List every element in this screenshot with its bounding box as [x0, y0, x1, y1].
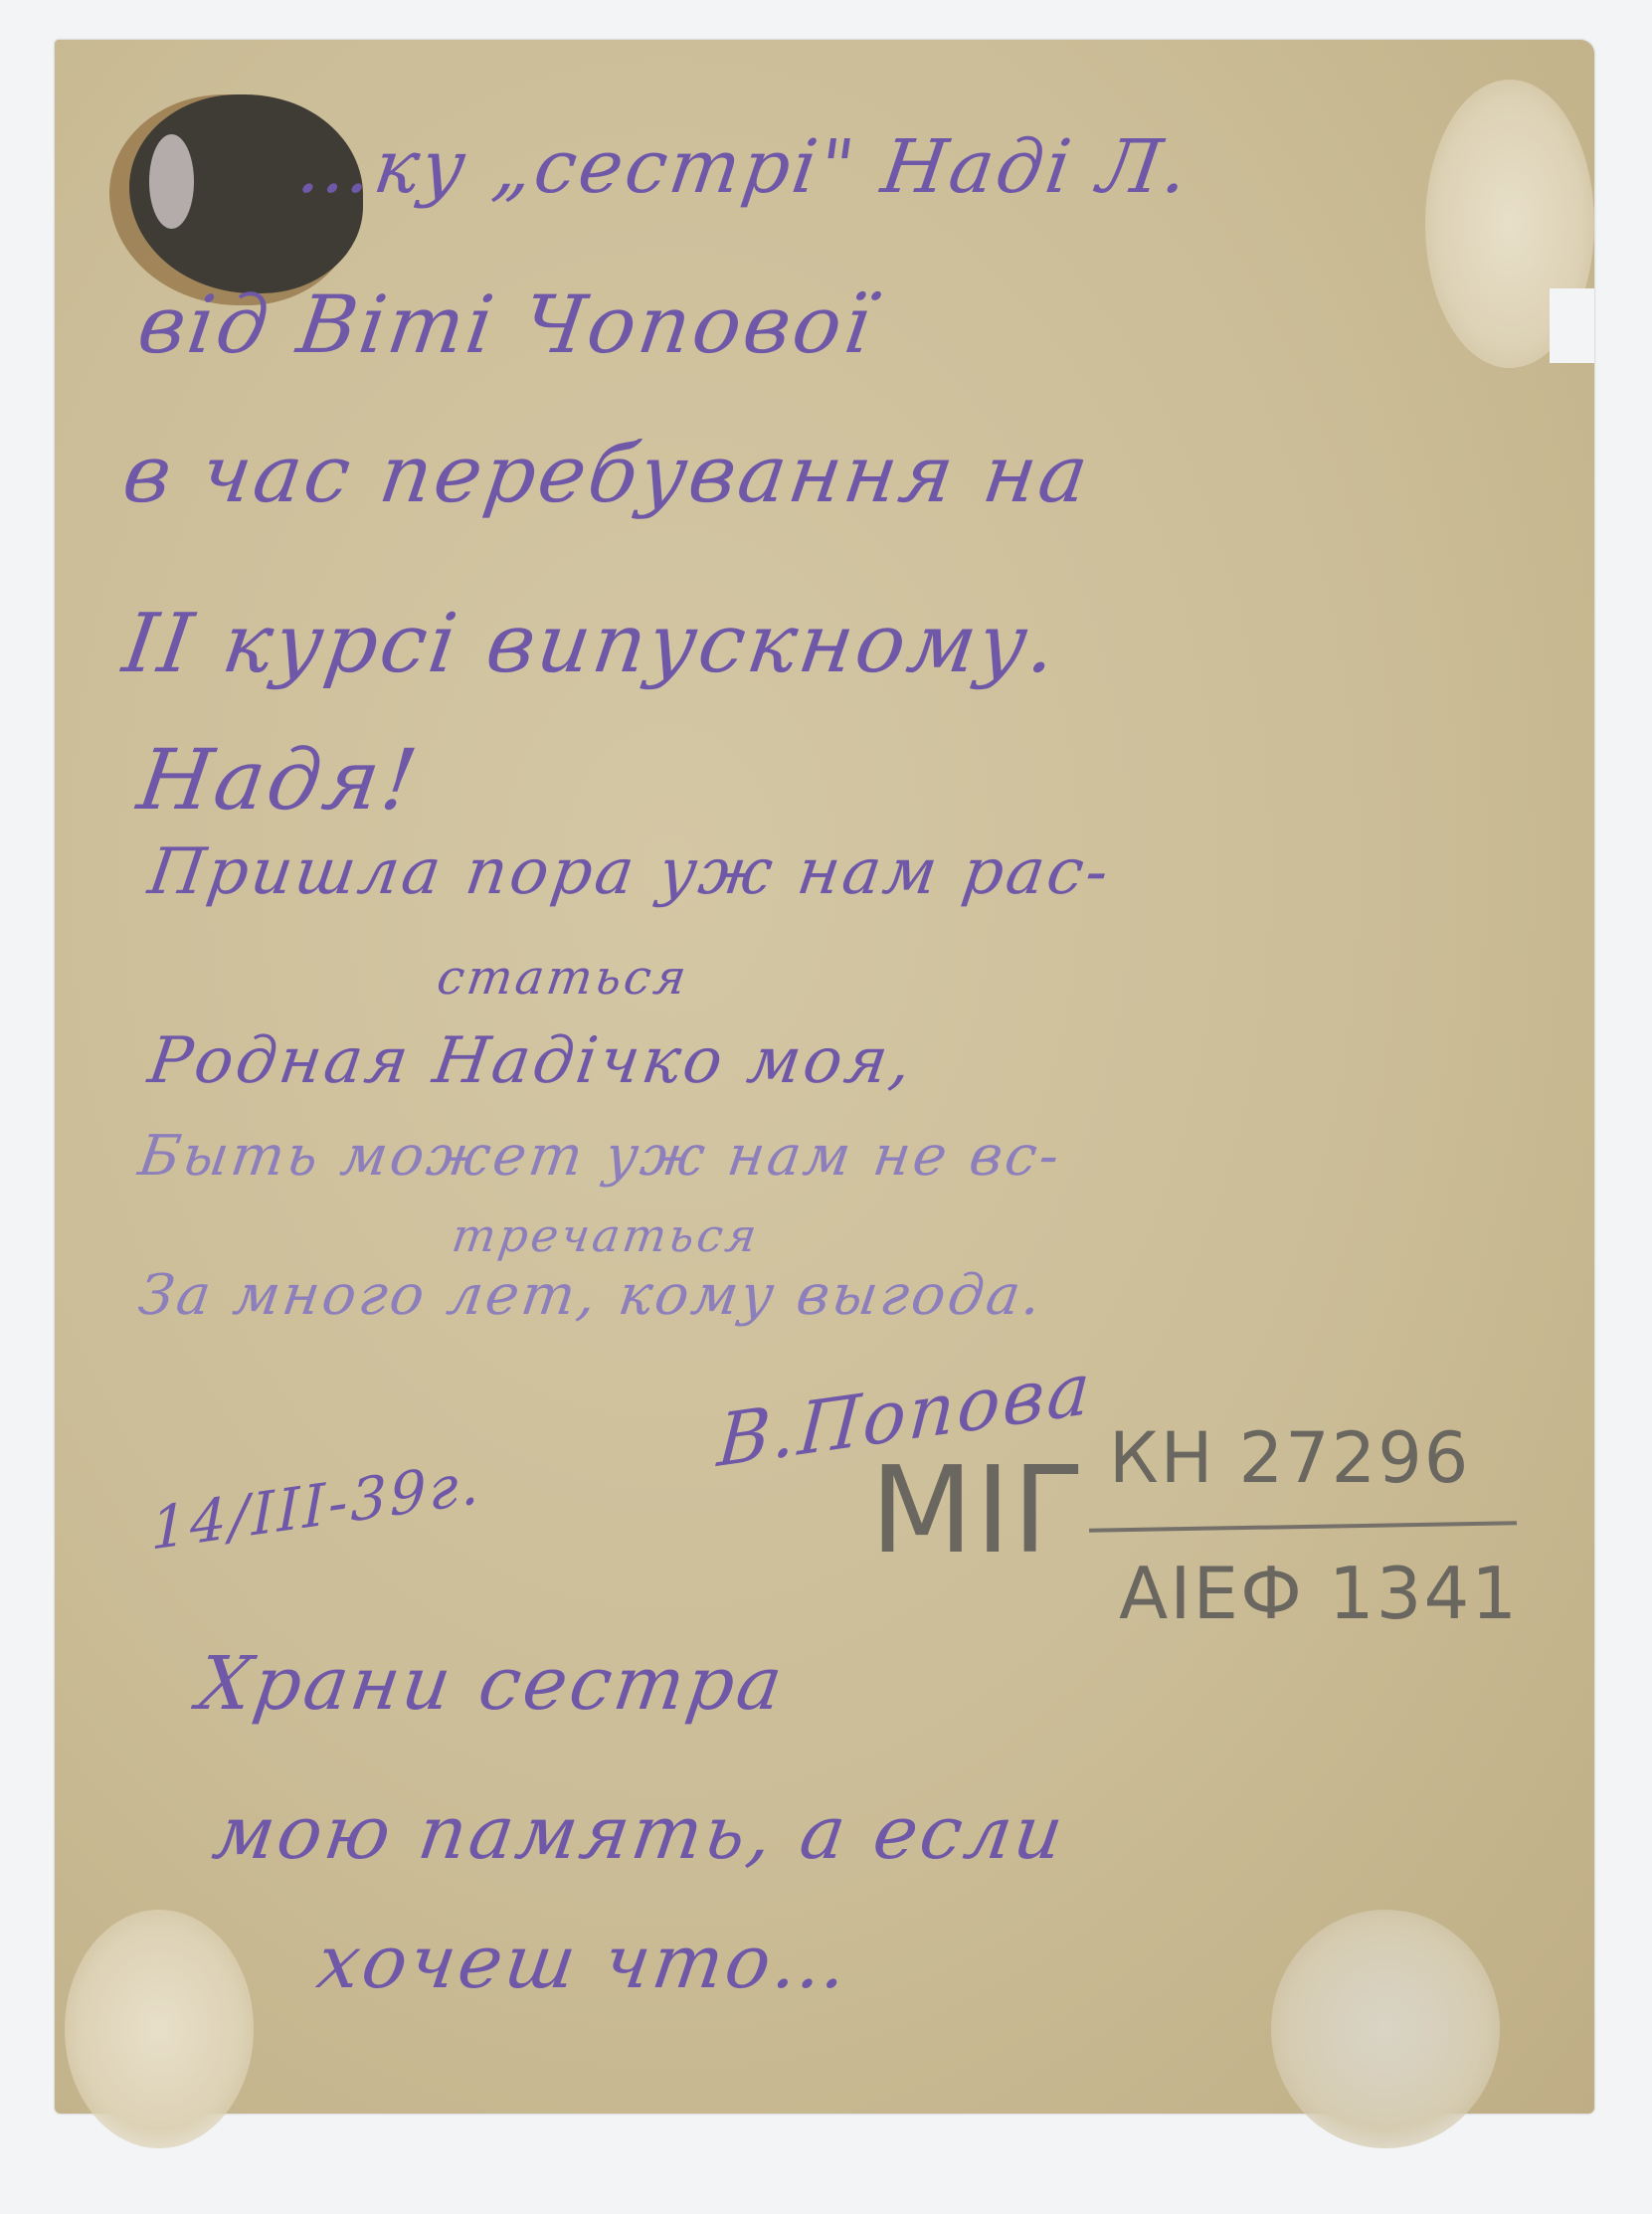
inscription-line: Пришла пора уж нам рас-: [144, 835, 1116, 909]
inscription-line: від Віті Чопової: [132, 278, 879, 371]
archive-number-top: КН 27296: [1109, 1417, 1470, 1499]
inscription-line: мою память, а если: [208, 1790, 1071, 1876]
inscription-line: тречаться: [449, 1208, 763, 1262]
inscription-line: хочеш что…: [312, 1920, 856, 2005]
stain-scuff: [149, 134, 194, 229]
torn-edge: [1550, 288, 1594, 363]
inscription-line: в час перебування на: [117, 428, 1096, 520]
wear-spot-bottom-left: [65, 1910, 254, 2148]
inscription-line: …ку „сестрі" Наді Л.: [292, 124, 1196, 210]
inscription-line: II курсі випускному.: [117, 597, 1064, 691]
wear-spot-bottom-right: [1271, 1910, 1500, 2148]
inscription-line: статься: [434, 950, 692, 1006]
inscription-line: Быть может уж нам не вс-: [134, 1124, 1065, 1189]
inscription-line: Надя!: [132, 731, 426, 829]
archive-number-bottom: АІЕФ 1341: [1119, 1552, 1519, 1635]
archive-prefix: МІГ: [870, 1442, 1087, 1580]
inscription-line: Родная Надічко моя,: [144, 1024, 919, 1098]
inscription-line: Храни сестра: [193, 1641, 791, 1727]
inscription-line: За много лет, кому выгода.: [134, 1263, 1047, 1328]
